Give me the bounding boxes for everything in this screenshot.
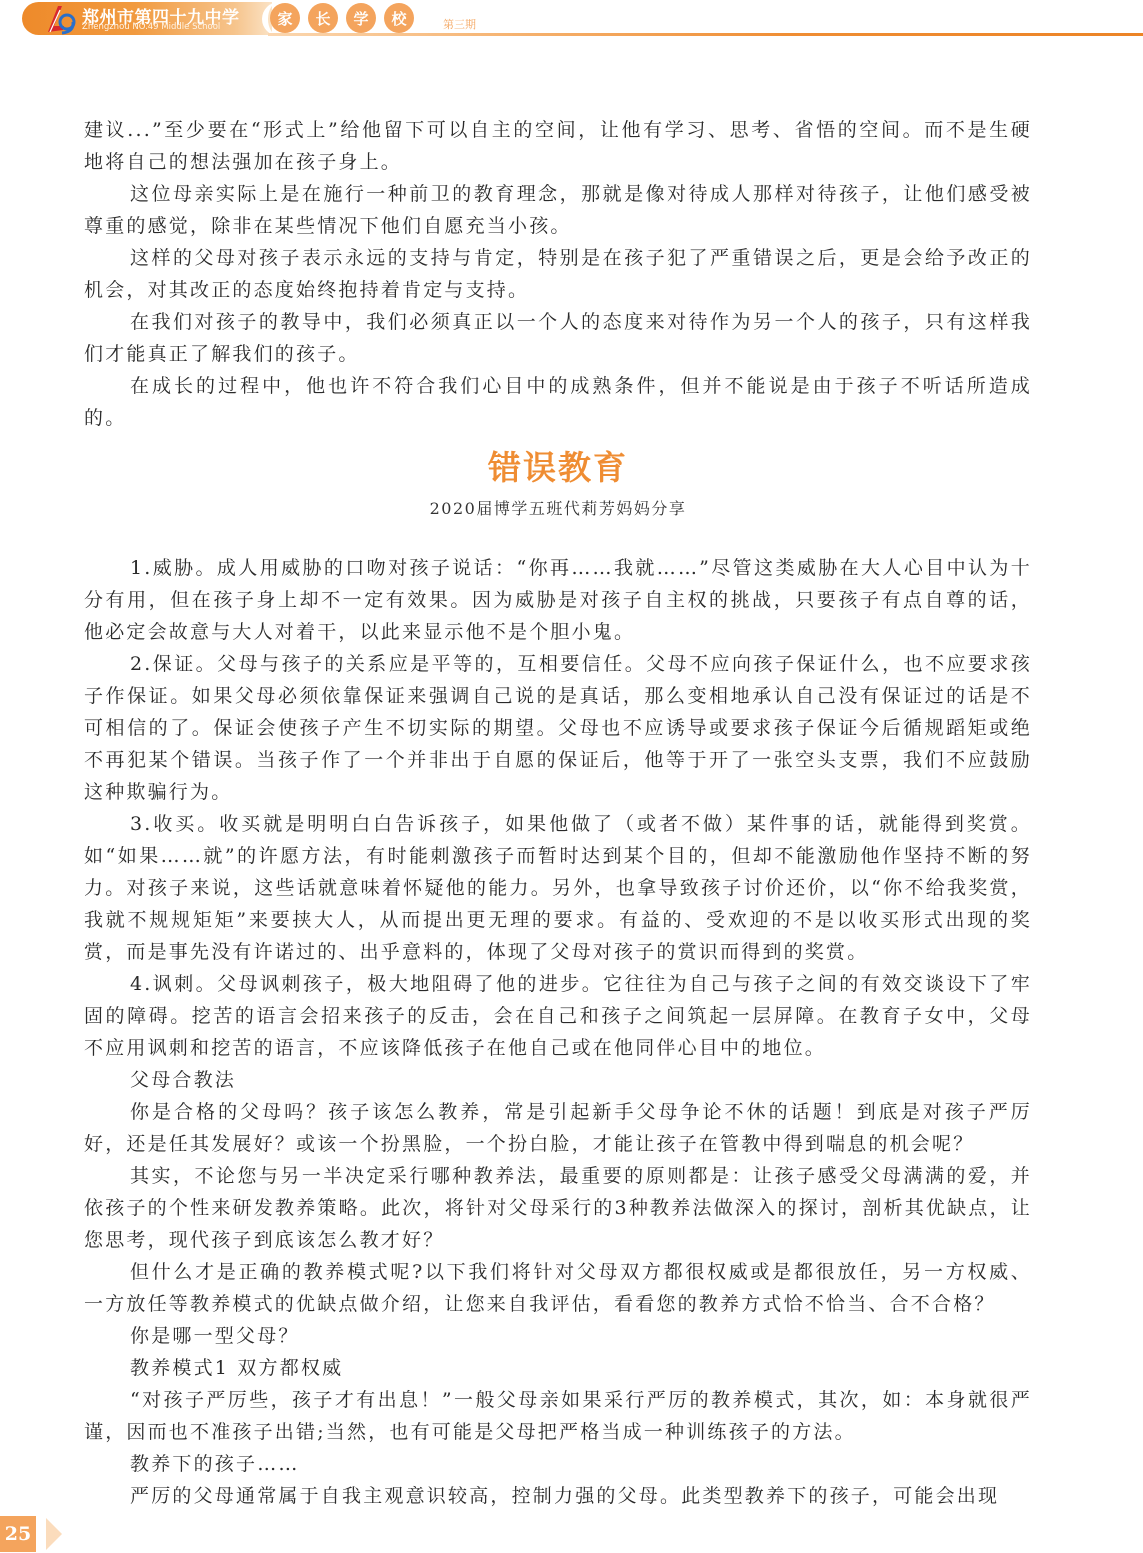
section-heading: 教养模式1 双方都权威 xyxy=(84,1352,1032,1384)
intro-paragraph: 在我们对孩子的教导中，我们必须真正以一个人的态度来对待作为另一个人的孩子，只有这… xyxy=(84,306,1032,370)
article-title: 错误教育 xyxy=(84,448,1032,488)
badge-zhang: 长 xyxy=(308,3,338,33)
article-paragraph: 严厉的父母通常属于自我主观意识较高，控制力强的父母。此类型教养下的孩子，可能会出… xyxy=(84,1480,1032,1512)
page-number: 25 xyxy=(0,1516,36,1552)
intro-paragraph: 这样的父母对孩子表示永远的支持与肯定，特别是在孩子犯了严重错误之后，更是会给予改… xyxy=(84,242,1032,306)
intro-paragraph: 建议...”至少要在“形式上”给他留下可以自主的空间，让他有学习、思考、省悟的空… xyxy=(84,114,1032,178)
article-paragraph: “对孩子严厉些，孩子才有出息！”一般父母亲如果采行严厉的教养模式，其次，如：本身… xyxy=(84,1384,1032,1448)
article-paragraph-promise: 2.保证。父母与孩子的关系应是平等的，互相要信任。父母不应向孩子保证什么，也不应… xyxy=(84,648,1032,808)
header-rule xyxy=(268,33,1143,36)
page-content: 建议...”至少要在“形式上”给他留下可以自主的空间，让他有学习、思考、省悟的空… xyxy=(84,114,1032,1512)
page-header: 郑州市第四十九中学 Zhengzhou NO.49 Middle School … xyxy=(0,0,1143,44)
article-paragraph: 你是合格的父母吗？孩子该怎么教养，常是引起新手父母争论不休的话题！到底是对孩子严… xyxy=(84,1096,1032,1160)
article-paragraph: 但什么才是正确的教养模式呢?以下我们将针对父母双方都很权威或是都很放任，另一方权… xyxy=(84,1256,1032,1320)
school-logo-icon xyxy=(44,2,78,36)
badge-xiao: 校 xyxy=(384,3,414,33)
issue-label: 第三期 xyxy=(443,16,476,32)
section-heading: 父母合教法 xyxy=(84,1064,1032,1096)
article-paragraph-threat: 1.威胁。成人用威胁的口吻对孩子说话：“你再……我就……”尽管这类威胁在大人心目… xyxy=(84,552,1032,648)
badge-xue: 学 xyxy=(346,3,376,33)
article-paragraph-sarcasm: 4.讽刺。父母讽刺孩子，极大地阻碍了他的进步。它往往为自己与孩子之间的有效交谈设… xyxy=(84,968,1032,1064)
article-byline: 2020届博学五班代莉芳妈妈分享 xyxy=(84,496,1032,522)
page-arrow-icon xyxy=(46,1518,62,1550)
article-paragraph: 其实，不论您与另一半决定采行哪种教养法，最重要的原则都是：让孩子感受父母满满的爱… xyxy=(84,1160,1032,1256)
column-title-badges: 家 长 学 校 xyxy=(270,3,414,33)
intro-paragraph: 这位母亲实际上是在施行一种前卫的教育理念，那就是像对待成人那样对待孩子，让他们感… xyxy=(84,178,1032,242)
badge-jia: 家 xyxy=(270,3,300,33)
section-heading: 你是哪一型父母？ xyxy=(84,1320,1032,1352)
intro-paragraph: 在成长的过程中，他也许不符合我们心目中的成熟条件，但并不能说是由于孩子不听话所造… xyxy=(84,370,1032,434)
school-name-english: Zhengzhou NO.49 Middle School xyxy=(82,22,220,32)
article-paragraph-bribe: 3.收买。收买就是明明白白告诉孩子，如果他做了（或者不做）某件事的话，就能得到奖… xyxy=(84,808,1032,968)
section-heading: 教养下的孩子…… xyxy=(84,1448,1032,1480)
